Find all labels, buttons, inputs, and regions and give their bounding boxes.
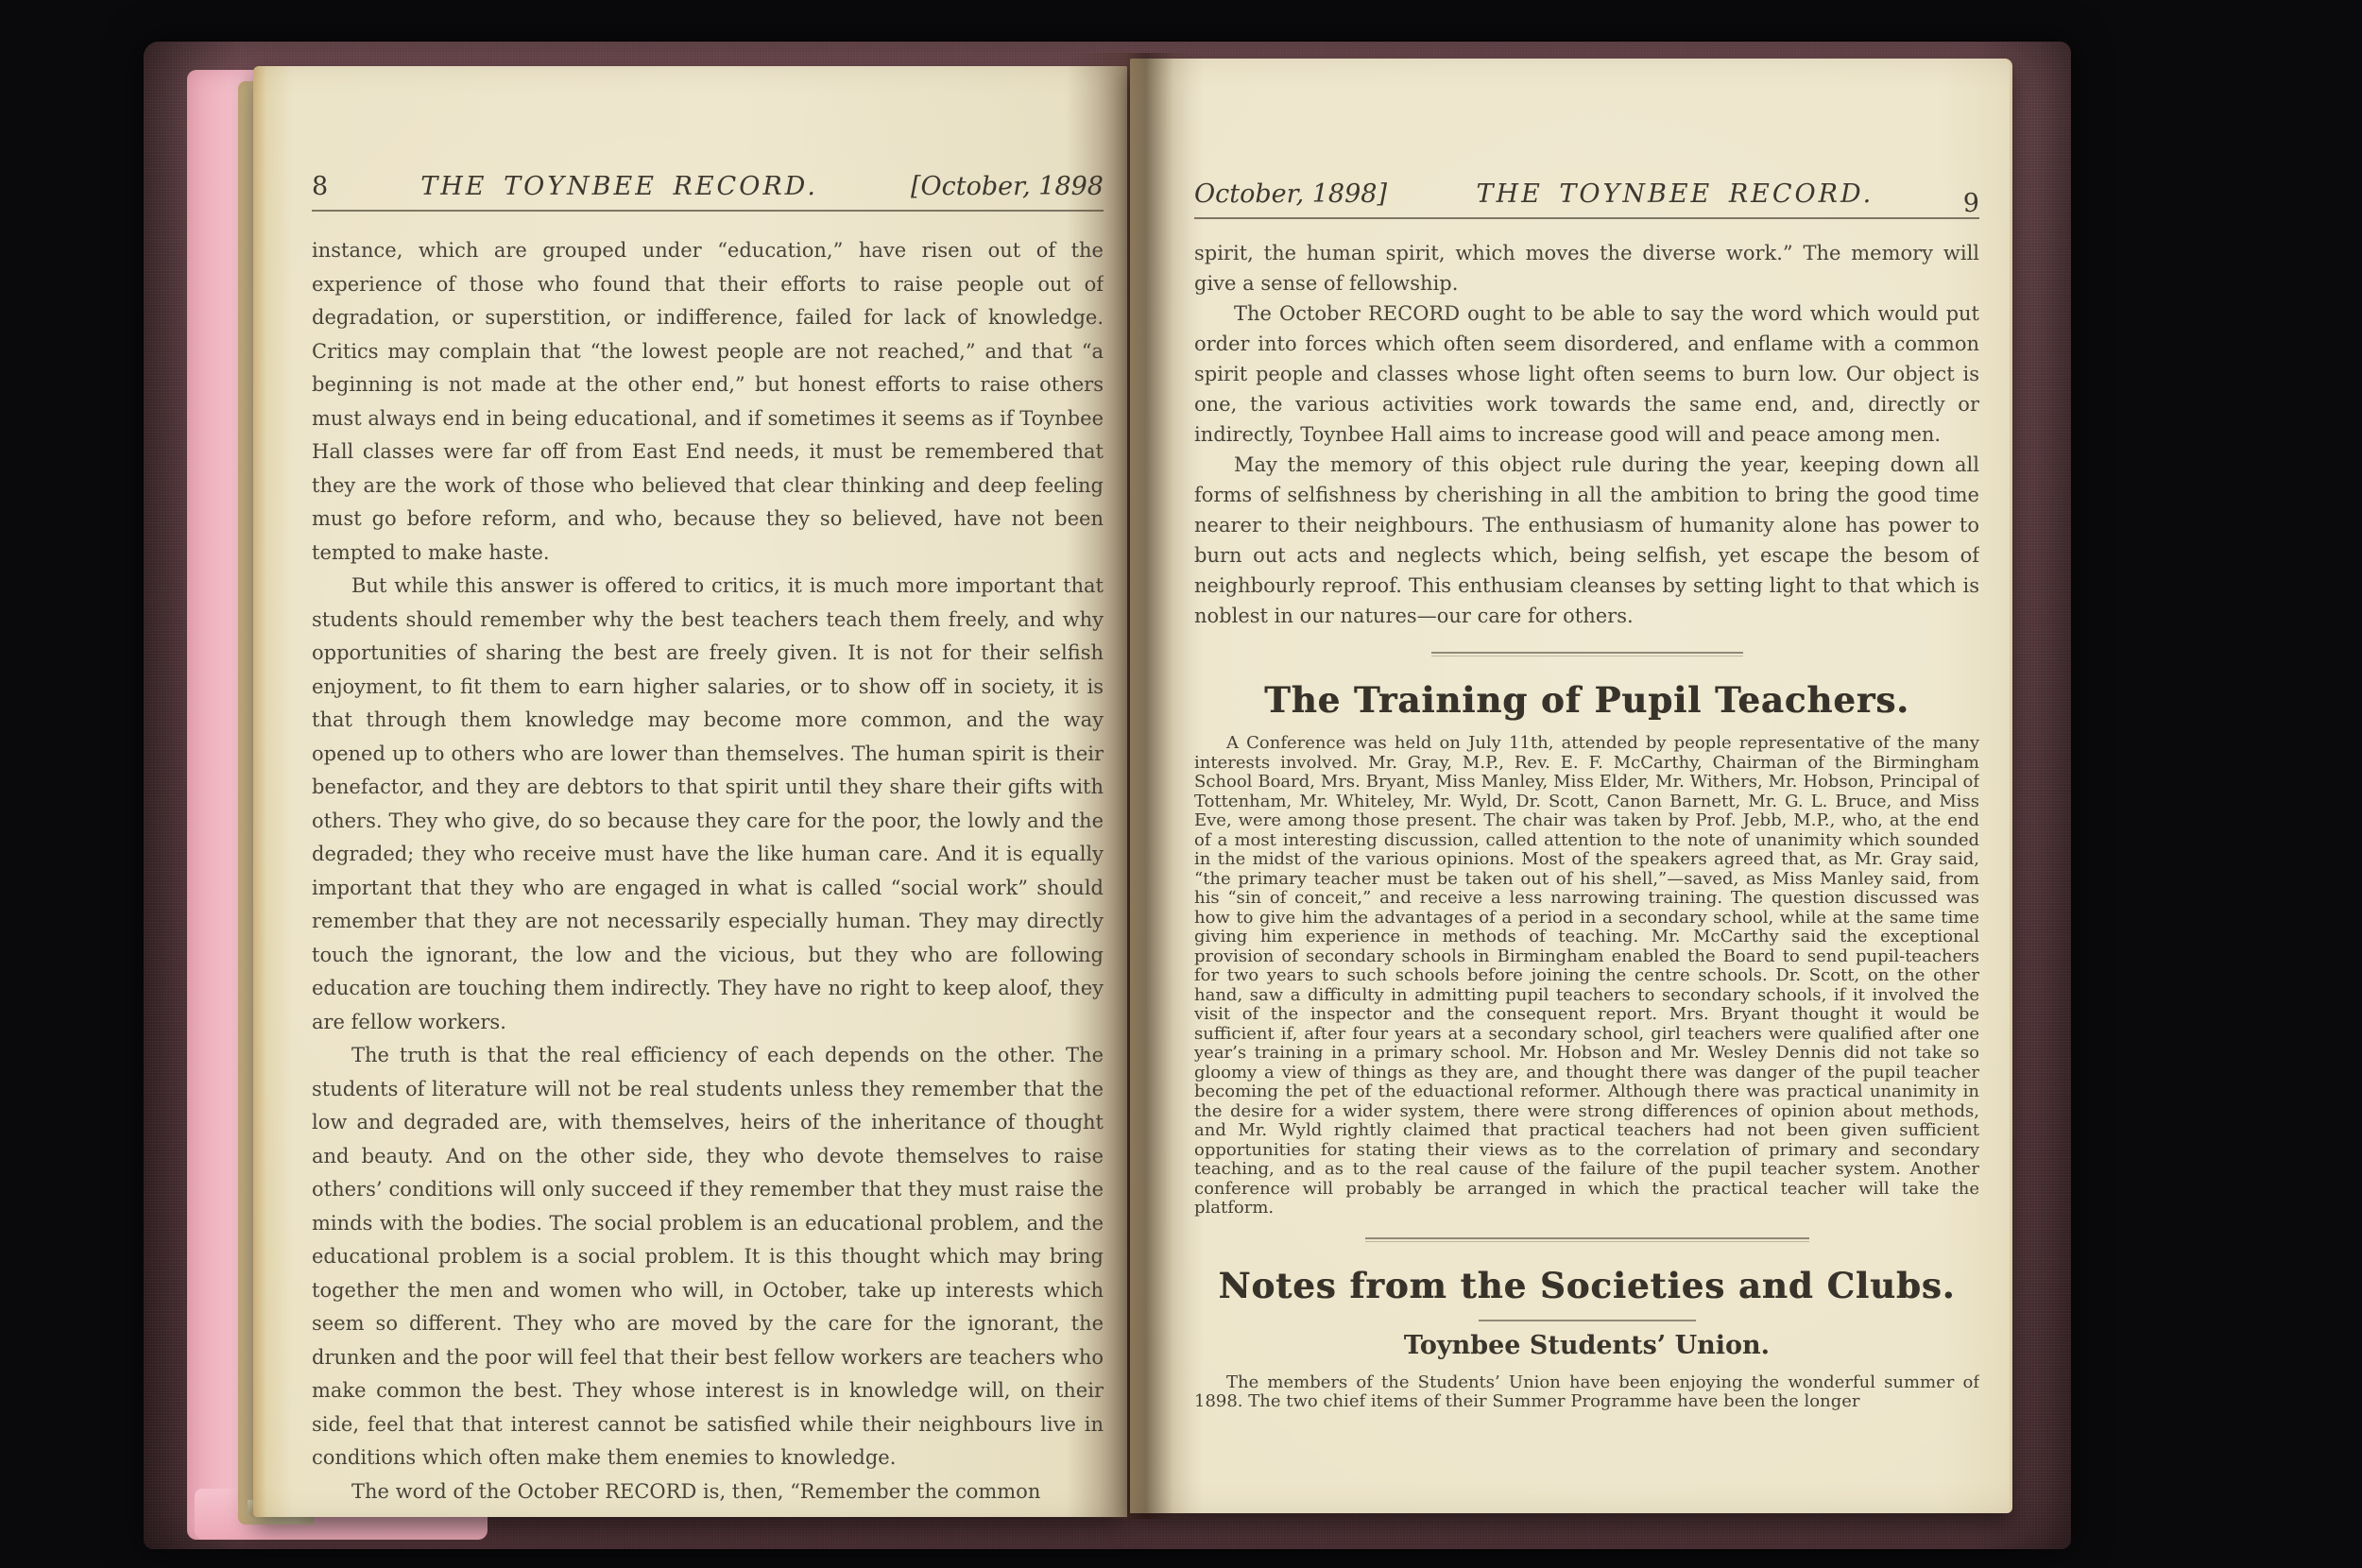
right-page: October, 1898] THE TOYNBEE RECORD. 9 spi… (1130, 59, 2012, 1513)
subheading-toynbee-students-union: Toynbee Students’ Union. (1194, 1331, 1979, 1360)
paragraph: But while this answer is offered to crit… (312, 570, 1104, 1039)
article-title-training-of-pupil-teachers: The Training of Pupil Teachers. (1194, 679, 1979, 721)
paragraph: instance, which are grouped under “educa… (312, 234, 1104, 570)
photo-background: 8 THE TOYNBEE RECORD. [October, 1898 ins… (0, 0, 2362, 1568)
issue-date-left: [October, 1898 (911, 172, 1104, 201)
right-page-header: October, 1898] THE TOYNBEE RECORD. 9 (1194, 179, 1979, 209)
left-page-body: instance, which are grouped under “educa… (312, 234, 1104, 1505)
left-page: 8 THE TOYNBEE RECORD. [October, 1898 ins… (253, 66, 1127, 1517)
paragraph: The members of the Students’ Union have … (1194, 1373, 1979, 1412)
header-rule-right (1194, 217, 1979, 219)
header-rule-left (312, 210, 1104, 212)
section-divider (1365, 1237, 1809, 1242)
heading-rule (1479, 1320, 1696, 1321)
running-title-right: THE TOYNBEE RECORD. (1477, 179, 1874, 209)
issue-date-right: October, 1898] (1194, 179, 1387, 209)
right-page-body: spirit, the human spirit, which moves th… (1194, 238, 1979, 1499)
paragraph: The word of the October RECORD is, then,… (312, 1475, 1104, 1506)
section-divider (1431, 652, 1743, 656)
left-page-header: 8 THE TOYNBEE RECORD. [October, 1898 (312, 172, 1104, 201)
paragraph: spirit, the human spirit, which moves th… (1194, 238, 1979, 298)
students-union-article-text: The members of the Students’ Union have … (1194, 1373, 1979, 1412)
paragraph: May the memory of this object rule durin… (1194, 450, 1979, 631)
page-number-right: 9 (1963, 189, 1979, 218)
article-title-notes-from-societies: Notes from the Societies and Clubs. (1194, 1265, 1979, 1306)
page-number-left: 8 (312, 172, 328, 201)
paragraph: The truth is that the real efficiency of… (312, 1039, 1104, 1475)
paragraph: The October RECORD ought to be able to s… (1194, 298, 1979, 450)
running-title-left: THE TOYNBEE RECORD. (420, 172, 818, 201)
paragraph: A Conference was held on July 11th, atte… (1194, 734, 1979, 1219)
leader-article-continuation: spirit, the human spirit, which moves th… (1194, 238, 1979, 631)
pupil-teachers-article-text: A Conference was held on July 11th, atte… (1194, 734, 1979, 1219)
